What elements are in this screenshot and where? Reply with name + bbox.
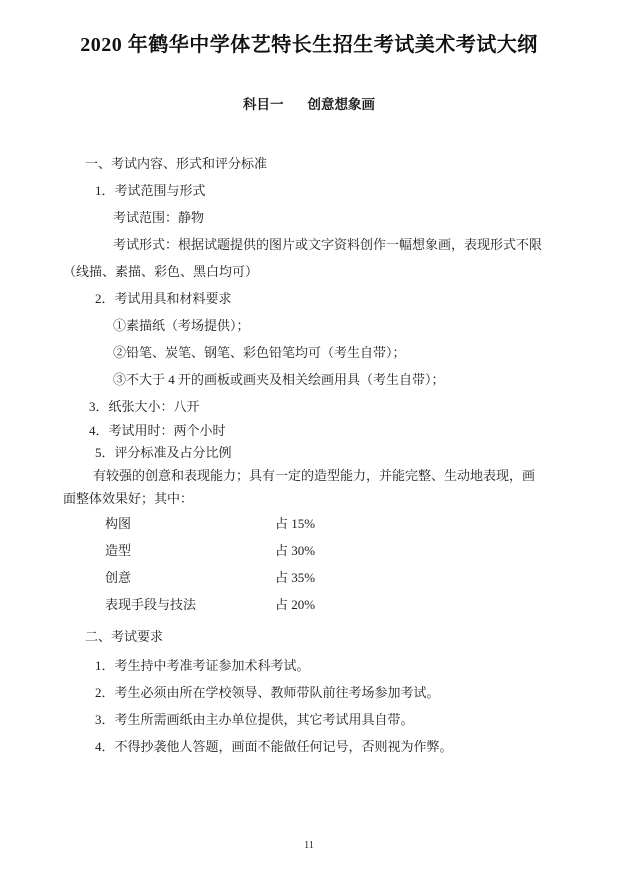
- score-row-composition: 构图 占 15%: [105, 510, 555, 537]
- score-row-creativity: 创意 占 35%: [105, 564, 555, 591]
- section-2-req-3: 3．考生所需画纸由主办单位提供，其它考试用具自带。: [95, 706, 555, 733]
- tool-item-1: ①素描纸（考场提供）；: [113, 312, 555, 339]
- score-value: 占 35%: [275, 564, 315, 591]
- section-1-item-1: 1．考试范围与形式: [95, 177, 555, 204]
- section-1-item-3: 3．纸张大小：八开: [89, 393, 555, 420]
- section-1-item-4: 4．考试用时：两个小时: [89, 420, 555, 442]
- subject-label: 科目一: [243, 97, 284, 112]
- score-row-modeling: 造型 占 30%: [105, 537, 555, 564]
- exam-scope: 考试范围：静物: [113, 204, 555, 231]
- section-2-heading: 二、考试要求: [85, 623, 555, 650]
- score-value: 占 15%: [275, 510, 315, 537]
- criteria-paragraph-line-2: 面整体效果好；其中：: [63, 487, 555, 510]
- tool-item-2: ②铅笔、炭笔、钢笔、彩色铅笔均可（考生自带）；: [113, 339, 555, 366]
- tool-item-3: ③不大于 4 开的画板或画夹及相关绘画用具（考生自带）；: [113, 366, 555, 393]
- section-2-req-4: 4．不得抄袭他人答题，画面不能做任何记号，否则视为作弊。: [95, 733, 555, 760]
- score-value: 占 20%: [275, 591, 315, 618]
- document-body: 一、考试内容、形式和评分标准 1．考试范围与形式 考试范围：静物 考试形式：根据…: [63, 150, 555, 760]
- score-value: 占 30%: [275, 537, 315, 564]
- section-1-heading: 一、考试内容、形式和评分标准: [85, 150, 555, 177]
- score-label: 造型: [105, 537, 275, 564]
- score-label: 构图: [105, 510, 275, 537]
- score-label: 创意: [105, 564, 275, 591]
- page-number: 11: [0, 840, 618, 851]
- score-label: 表现手段与技法: [105, 591, 275, 618]
- section-2-req-1: 1．考生持中考准考证参加术科考试。: [95, 652, 555, 679]
- subject-name: 创意想象画: [308, 97, 376, 112]
- score-row-technique: 表现手段与技法 占 20%: [105, 591, 555, 618]
- subject-heading: 科目一创意想象画: [63, 95, 555, 115]
- criteria-paragraph-line-1: 有较强的创意和表现能力；具有一定的造型能力，并能完整、生动地表现，画: [93, 464, 555, 487]
- section-1-item-2: 2．考试用具和材料要求: [95, 285, 555, 312]
- section-1-item-5: 5．评分标准及占分比例: [95, 442, 555, 464]
- document-page: 2020 年鹤华中学体艺特长生招生考试美术考试大纲 科目一创意想象画 一、考试内…: [0, 0, 618, 882]
- section-2-req-2: 2．考生必须由所在学校领导、教师带队前往考场参加考试。: [95, 679, 555, 706]
- document-title: 2020 年鹤华中学体艺特长生招生考试美术考试大纲: [63, 30, 555, 60]
- exam-form-line-1: 考试形式：根据试题提供的图片或文字资料创作一幅想象画，表现形式不限: [113, 231, 555, 258]
- exam-form-line-2: （线描、素描、彩色、黑白均可）: [63, 258, 555, 285]
